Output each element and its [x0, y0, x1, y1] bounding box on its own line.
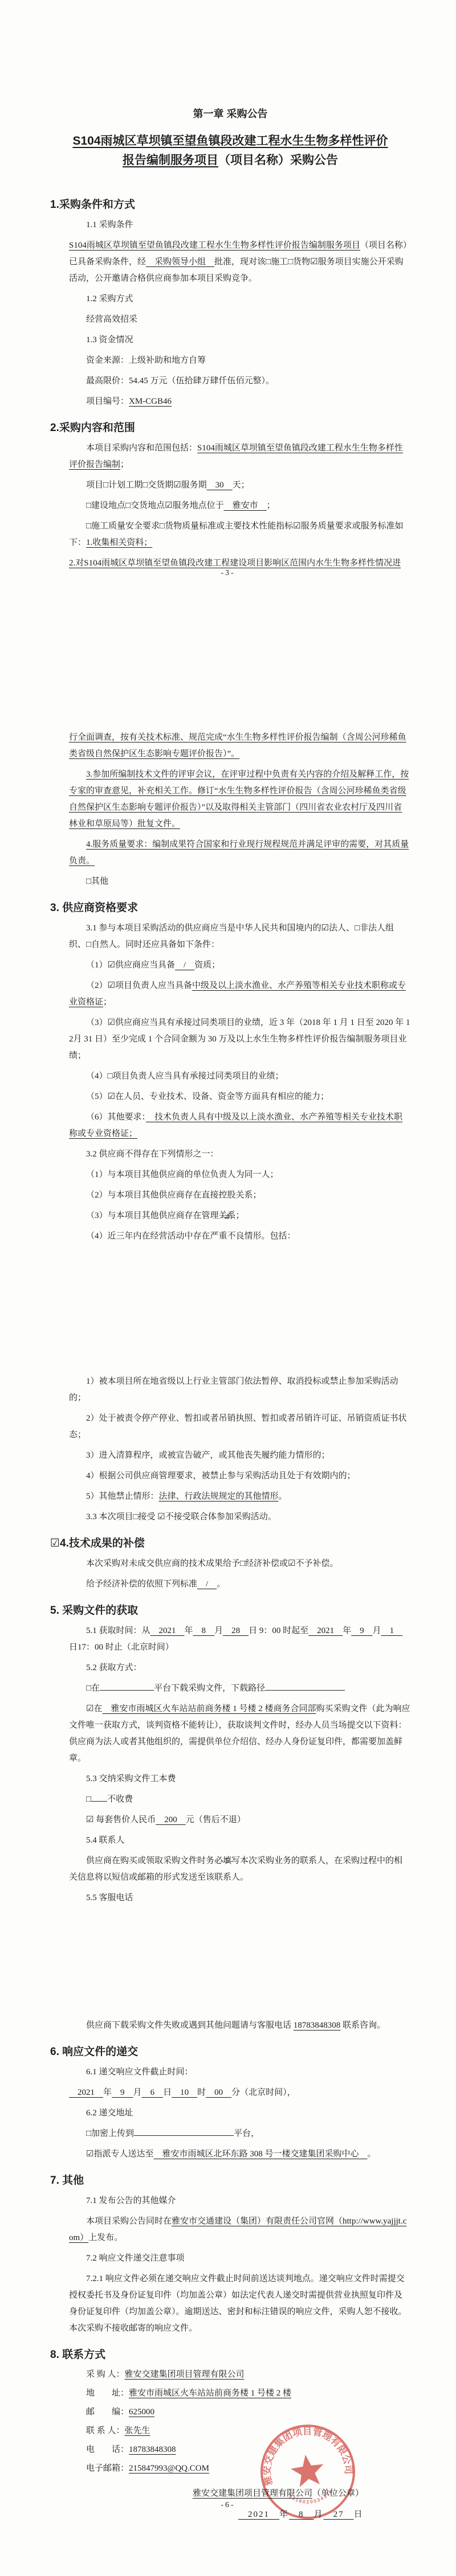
- page-2: 行全面调查，按有关技术标准、规范完成“水生生物多样性评价报告编制（含周公河珍稀鱼…: [0, 644, 456, 1288]
- para-6-1-deadline: 2021 年 9 月 6 日 10 时 00 分（北京时间），: [69, 2085, 410, 2101]
- para-7-1-media: 本项目采购公告同时在雅安市交通建设（集团）有限责任公司官网（http://www…: [69, 2213, 410, 2246]
- para-7-1-label: 7.1 发布公告的其他媒介: [69, 2193, 410, 2209]
- procurement-method-value: 经营高效招采: [69, 311, 410, 328]
- prohibited-item-4: （4）近三年内在经营活动中存在严重不良情形。包括：: [69, 1228, 410, 1245]
- document-title: S104雨城区草坝镇至望鱼镇段改建工程水生生物多样性评价 报告编制服务项目（项目…: [50, 132, 410, 170]
- para-compensation: 本次采购对未成交供应商的技术成果给予□经济补偿或☑不予补偿。: [69, 1556, 410, 1572]
- para-5-4-label: 5.4 联系人: [69, 1832, 410, 1849]
- para-quality-req-2-cont: 行全面调查，按有关技术标准、规范完成“水生生物多样性评价报告编制（含周公河珍稀鱼…: [69, 729, 410, 762]
- para-6-1-label: 6.1 递交响应文件截止时间：: [69, 2064, 410, 2081]
- section-1-1-label: 1.1 采购条件: [69, 217, 410, 233]
- section-4-heading: ☑4.技术成果的补偿: [50, 1535, 410, 1552]
- bad-record-item-5: 5）其他禁止情形：法律、行政法规规定的其他情形。: [69, 1488, 410, 1505]
- platform-blank: [100, 1682, 154, 1691]
- contact-row-person: 联 系 人：张先生: [69, 2422, 410, 2440]
- qualification-item-4: （4）□项目负责人应当具有承接过同类项目的业绩；: [69, 1068, 410, 1085]
- prohibited-item-2: （2）与本项目其他供应商存在直接控股关系；: [69, 1187, 410, 1204]
- contact-person-value: 张先生: [125, 2426, 150, 2435]
- postcode-value: 625000: [129, 2407, 154, 2417]
- document-title-line2-rest: （项目名称）采购公告: [218, 154, 338, 167]
- para-5-3-option-price: ☑ 每套售价人民币 200 元（售后不退）: [69, 1812, 410, 1828]
- qualification-item-5: （5）☑在人员、专业技术、设备、资金等方面具有相应的能力；: [69, 1089, 410, 1105]
- approval-group-filled: 采购领导小组: [146, 257, 214, 266]
- contact-block: 采 购 人：雅安交建集团项目管理有限公司 地 址：雅安市雨城区火车站站前商务楼 …: [50, 2366, 410, 2477]
- para-compensation-standard: 给予经济补偿的依照下列标准 / 。: [69, 1576, 410, 1593]
- page-number-6: -6-: [0, 2497, 456, 2513]
- delivery-address-value: 雅安市雨城区北环东路 308 号一楼交建集团采购中心: [153, 2150, 367, 2159]
- para-quality-req-4: 4.服务质量要求：编制成果符合国家和行业现行规程规范并满足评审的需要，对其质量负…: [69, 836, 410, 869]
- page-4: 供应商下载采购文件失败或遇到其他问题请与客服电话 18783848308 联系咨…: [0, 1932, 456, 2576]
- purchaser-value: 雅安交建集团项目管理有限公司: [125, 2370, 245, 2379]
- para-quality-requirements: □施工质量安全要求□货物质量标准或主要技术性能指标☑服务质量要求或服务标准如下：…: [69, 518, 410, 551]
- qualification-item-2: （2）☑项目负责人应当具备中级及以上淡水渔业、水产养殖等相关专业技术职称或专业资…: [69, 978, 410, 1011]
- bad-record-item-3: 3）进入清算程序，或被宣告破产，或其他丧失履约能力情形的；: [69, 1447, 410, 1464]
- email-value: 215847993@QQ.COM: [129, 2464, 209, 2473]
- para-service-period: 项目□计划工期□交货期☑服务期 30 天；: [69, 477, 410, 494]
- section-1-heading: 1.采购条件和方式: [50, 196, 410, 213]
- qualification-item-3: （3）☑供应商应当具有承接过同类项目的业绩，近 3 年（2018 年 1 月 1…: [69, 1015, 410, 1064]
- page-number-4: -4-: [0, 1209, 456, 1225]
- para-5-3-label: 5.3 交纳采购文件工本费: [69, 1771, 410, 1787]
- download-path-blank: [265, 1682, 345, 1691]
- contact-row-phone: 电 话：18783848308: [69, 2441, 410, 2459]
- section-1-2-label: 1.2 采购方式: [69, 291, 410, 307]
- page-3: 1）被本项目所在地省级以上行业主管部门依法暂停、取消投标或禁止参加采购活动的； …: [0, 1288, 456, 1932]
- upload-platform-blank: [134, 2127, 234, 2136]
- document-price-value: 200: [156, 1815, 186, 1824]
- para-5-1-obtain-time: 5.1 获取时间：从 2021 年 8 月 28 日 9：00 时起至 2021…: [69, 1623, 410, 1656]
- para-3-2: 3.2 供应商不得存在下列情形之一：: [69, 1146, 410, 1163]
- section-3-heading: 3. 供应商资格要求: [50, 900, 410, 916]
- qualification-item-6: （6）其他要求： 技术负责人具有中级及以上淡水渔业、水产养殖等相关专业技术职称或…: [69, 1109, 410, 1142]
- para-7-2-1-notes: 7.2.1 响应文件必须在递交响应文件截止时间前送达谈判地点。递交响应文件时需提…: [69, 2271, 410, 2337]
- free-option-blank: [91, 1793, 107, 1802]
- document-title-line1: S104雨城区草坝镇至望鱼镇段改建工程水生生物多样性评价: [72, 134, 388, 147]
- section-2-heading: 2.采购内容和范围: [50, 420, 410, 436]
- project-number-value: XM-CGB46: [129, 397, 172, 406]
- contact-row-address: 地 址：雅安市雨城区火车站站前商务楼 1 号楼 2 楼: [69, 2385, 410, 2402]
- price-ceiling: 最高限价：54.45 万元（伍拾肆万肆仟伍佰元整）。: [69, 373, 410, 389]
- document-title-line2-underlined: 报告编制服务项目: [123, 154, 218, 167]
- page-number-5: -5-: [0, 1853, 456, 1869]
- para-5-2-option-download: □在平台下载采购文件，下载路径: [69, 1680, 410, 1697]
- para-scope: 本项目采购内容和范围包括：S104雨城区草坝镇至望鱼镇段改建工程水生生物多样性评…: [69, 440, 410, 473]
- section-1-3-label: 1.3 资金情况: [69, 332, 410, 348]
- phone-value: 18783848308: [129, 2445, 176, 2454]
- para-6-2-option-upload: □加密上传到平台，: [69, 2126, 410, 2142]
- qualification-item-1: （1）☑供应商应当具备 / 资质；: [69, 957, 410, 974]
- para-7-2-label: 7.2 响应文件递交注意事项: [69, 2250, 410, 2267]
- para-5-3-option-free: □不收费: [69, 1791, 410, 1808]
- section-6-heading: 6. 响应文件的递交: [50, 2044, 410, 2060]
- para-3-1: 3.1 参与本项目采购活动的供应商应当是中华人民共和国境内的☑法人、□非法人组织…: [69, 920, 410, 953]
- fund-source: 资金来源：上级补助和地方自筹: [69, 352, 410, 369]
- scanned-procurement-announcement: 第一章 采购公告 S104雨城区草坝镇至望鱼镇段改建工程水生生物多样性评价 报告…: [0, 0, 456, 2575]
- para-service-phone: 供应商下载采购文件失败或遇到其他问题请与客服电话 18783848308 联系咨…: [69, 2017, 410, 2034]
- para-quality-req-3: 3.参加所编制技术文件的评审会议，在评审过程中负责有关内容的介绍及解释工作，按专…: [69, 766, 410, 832]
- service-phone-value: 18783848308: [294, 2021, 341, 2030]
- page-1: 第一章 采购公告 S104雨城区草坝镇至望鱼镇段改建工程水生生物多样性评价 报告…: [0, 0, 456, 644]
- para-5-2-label: 5.2 获取方式：: [69, 1660, 410, 1676]
- para-3-3-consortium: 3.3 本次项目□接受 ☑不接受联合体参加采购活动。: [69, 1509, 410, 1525]
- section-8-heading: 8. 联系方式: [50, 2347, 410, 2363]
- contact-row-email: 电子邮箱：215847993@QQ.COM: [69, 2460, 410, 2477]
- para-6-2-option-deliver: ☑指派专人送达至 雅安市雨城区北环东路 308 号一楼交建集团采购中心 。: [69, 2146, 410, 2163]
- prohibited-item-1: （1）与本项目其他供应商的单位负责人为同一人；: [69, 1167, 410, 1183]
- project-name-filled: S104雨城区草坝镇至望鱼镇段改建工程水生生物多样性评价报告编制服务项目: [69, 241, 360, 250]
- service-location-value: 雅安市: [224, 501, 267, 510]
- bad-record-item-1: 1）被本项目所在地省级以上行业主管部门依法暂停、取消投标或禁止参加采购活动的；: [69, 1373, 410, 1406]
- project-number: 项目编号：XM-CGB46: [69, 393, 410, 410]
- section-5-heading: 5. 采购文件的获取: [50, 1602, 410, 1619]
- para-5-5-label: 5.5 客服电话: [69, 1890, 410, 1906]
- bad-record-item-4: 4）根据公司供应商管理要求，被禁止参与采购活动且处于有效期内的；: [69, 1468, 410, 1484]
- page-number-3: -3-: [0, 565, 456, 581]
- quality-req-1: 1.收集相关资料；: [86, 538, 152, 547]
- para-6-2-label: 6.2 递交地址: [69, 2105, 410, 2122]
- para-5-2-option-purchase: ☑在 雅安市雨城区火车站站前商务楼 1 号楼 2 楼商务合同部购买采购文件（此为…: [69, 1701, 410, 1767]
- para-other-checkbox: □其他: [69, 873, 410, 890]
- para-service-location: □建设地点□交货地点☑服务地点位于 雅安市 ；: [69, 498, 410, 514]
- para-procurement-conditions: S104雨城区草坝镇至望鱼镇段改建工程水生生物多样性评价报告编制服务项目（项目名…: [69, 237, 410, 287]
- contact-row-purchaser: 采 购 人：雅安交建集团项目管理有限公司: [69, 2366, 410, 2384]
- address-value: 雅安市雨城区火车站站前商务楼 1 号楼 2 楼: [129, 2389, 291, 2398]
- service-period-days: 30: [207, 481, 233, 490]
- bad-record-item-2: 2）处于被责令停产停业、暂扣或者吊销执照、暂扣或者吊销许可证、吊销资质证书状态；: [69, 1410, 410, 1443]
- section-7-heading: 7. 其他: [50, 2172, 410, 2189]
- purchase-address-value: 雅安市雨城区火车站站前商务楼 1 号楼 2 楼商务合同部: [102, 1704, 316, 1713]
- chapter-title: 第一章 采购公告: [50, 106, 410, 122]
- contact-row-postcode: 邮 编：625000: [69, 2403, 410, 2421]
